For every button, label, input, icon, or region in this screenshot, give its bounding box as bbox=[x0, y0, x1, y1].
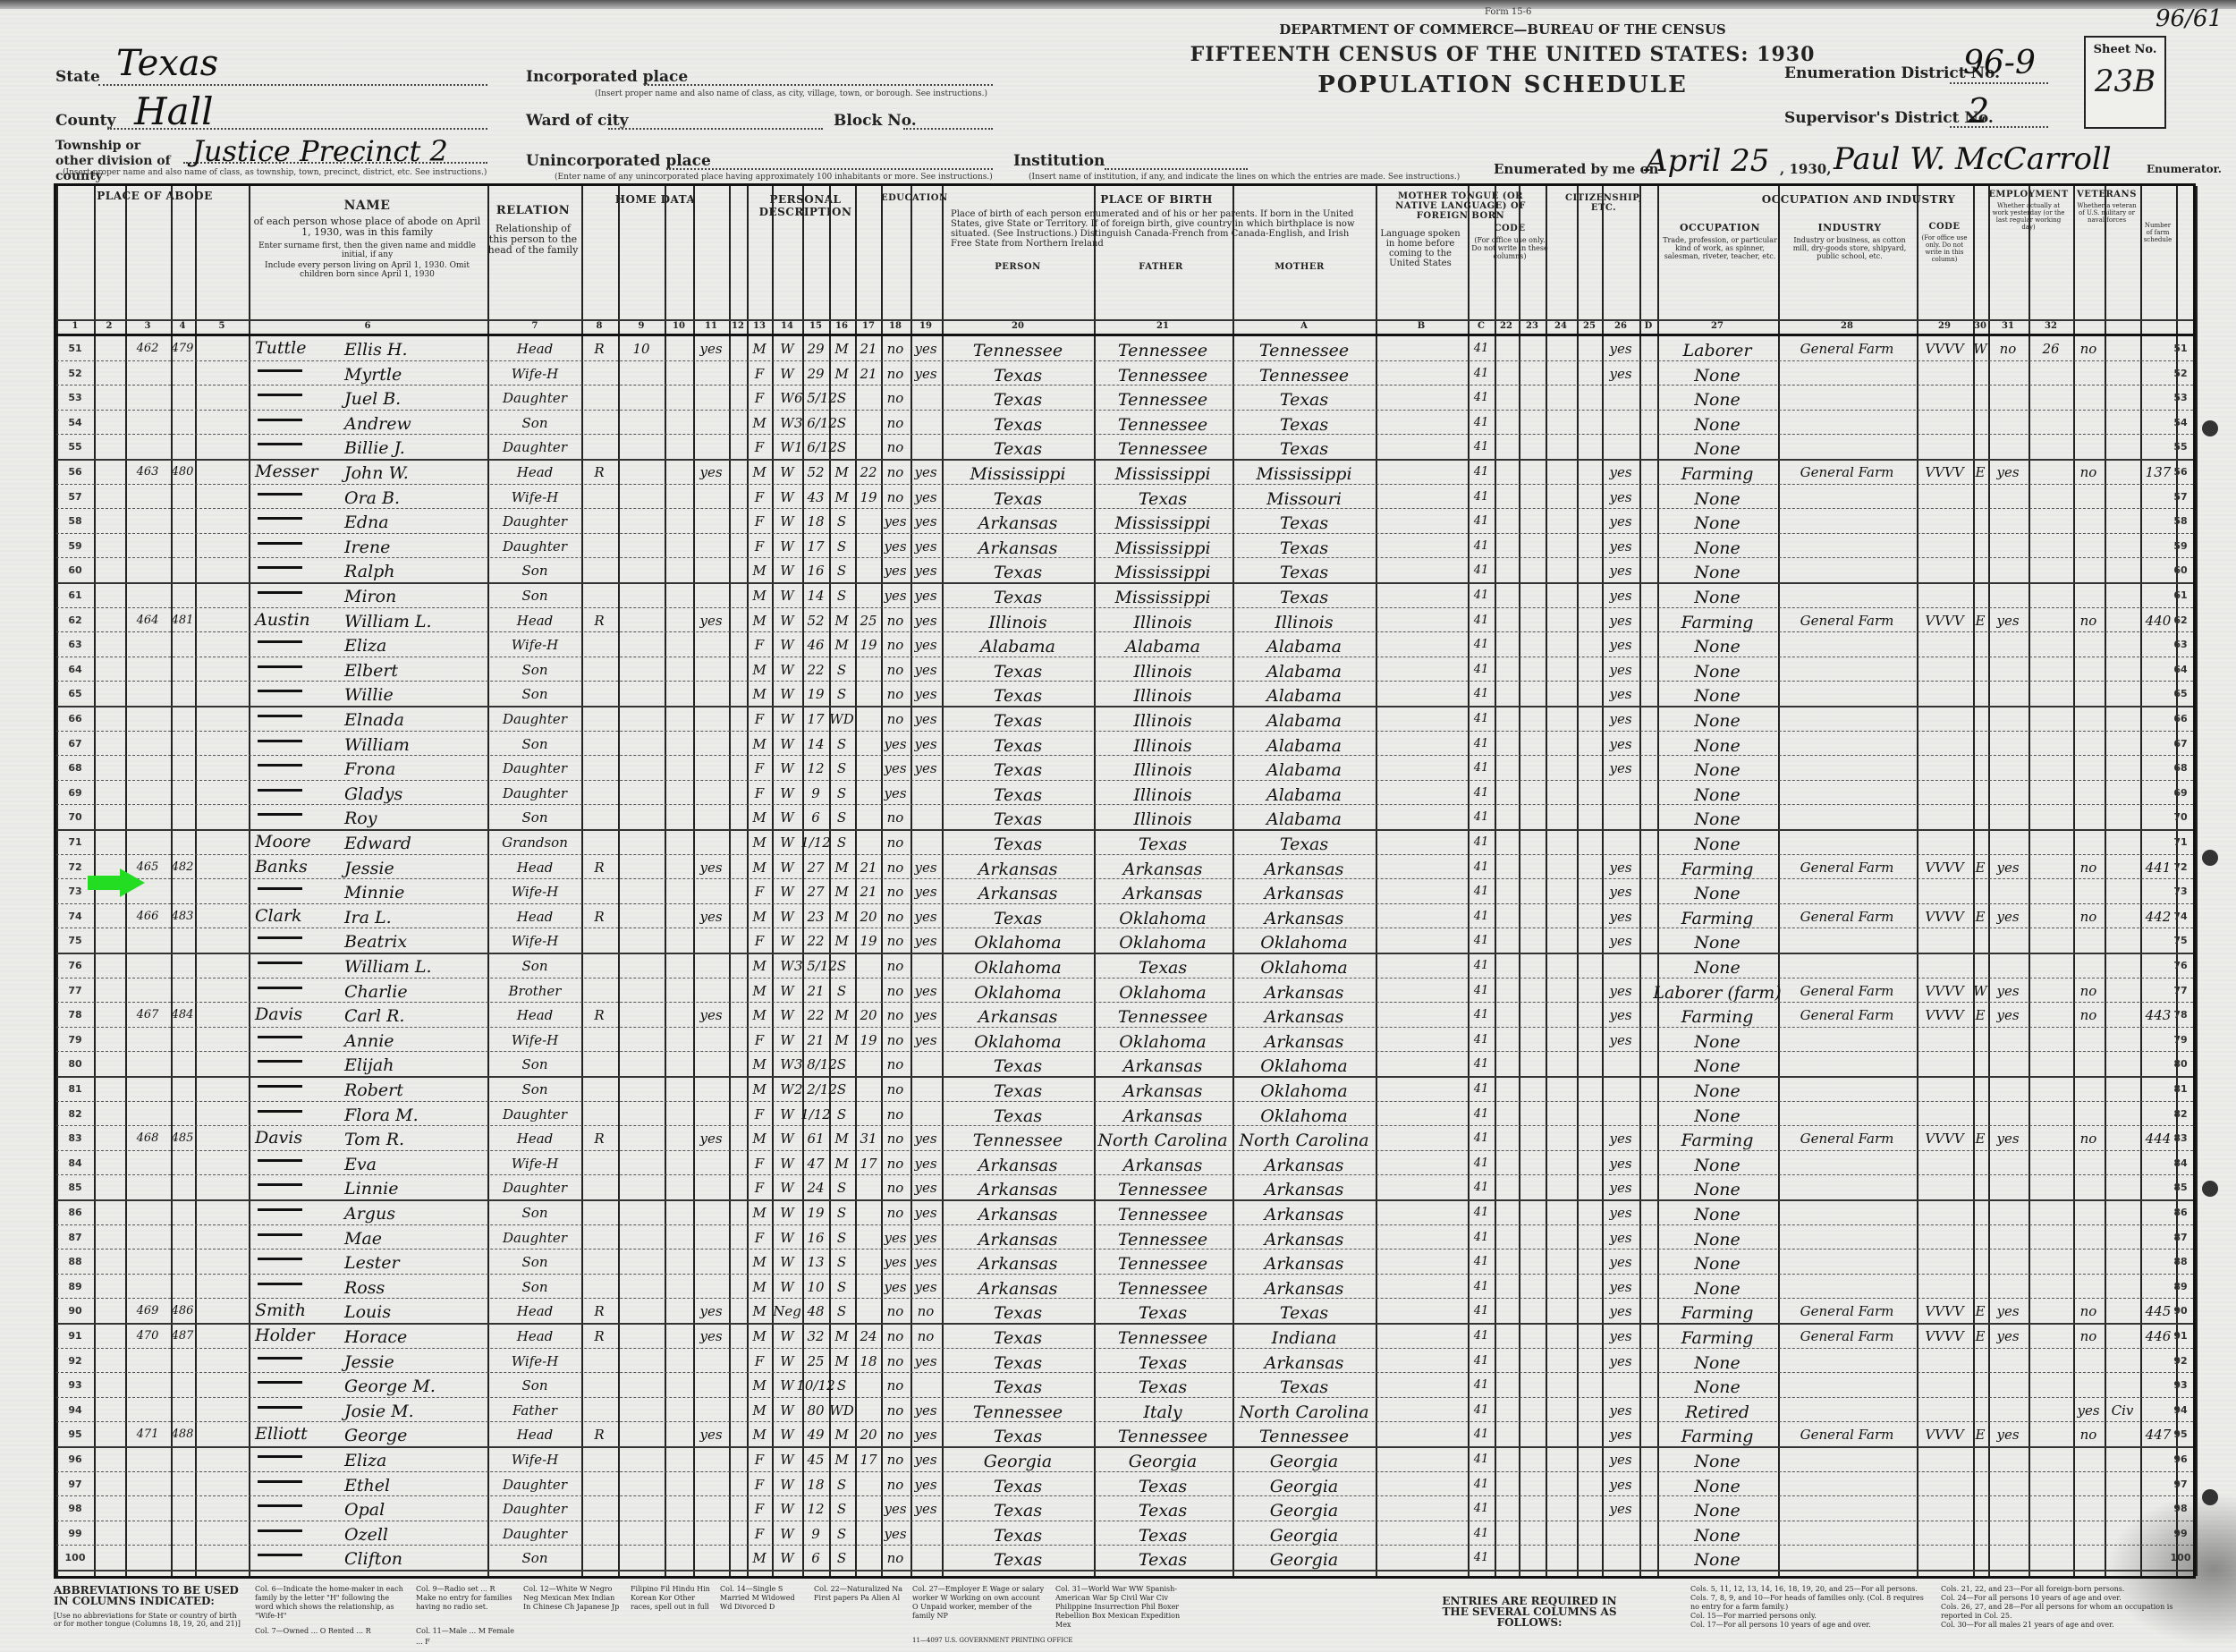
line-number: 99 bbox=[64, 1528, 87, 1539]
cell-mother-birth: Alabama bbox=[1266, 713, 1342, 730]
binding-hole-icon bbox=[2202, 1181, 2218, 1197]
cell-own: R bbox=[594, 614, 604, 628]
cell-age: 14 bbox=[807, 738, 824, 751]
cell-relation: Son bbox=[522, 1256, 548, 1269]
line-number: 70 bbox=[64, 811, 87, 823]
group-abode: PLACE OF ABODE bbox=[65, 190, 244, 202]
cell-age: 27 bbox=[807, 885, 824, 899]
cell-father-birth: Texas bbox=[1139, 960, 1187, 977]
cell-occupation: None bbox=[1694, 1207, 1741, 1224]
line-number: 91 bbox=[2169, 1330, 2192, 1342]
surname: Davis bbox=[255, 1006, 302, 1023]
cell-eng: yes bbox=[1609, 911, 1631, 924]
cell-age: 80 bbox=[807, 1404, 824, 1418]
ditto-dash bbox=[258, 813, 302, 816]
cell-father-birth: Oklahoma bbox=[1119, 985, 1207, 1002]
cell-marital: S bbox=[837, 1207, 846, 1220]
cell-mother-birth: Arkansas bbox=[1265, 1009, 1344, 1026]
cell-age: 9 bbox=[811, 787, 820, 801]
surname: Davis bbox=[255, 1130, 302, 1147]
cell-farm-no: 137 bbox=[2146, 466, 2172, 479]
cell-age: 16 bbox=[807, 564, 824, 578]
cell-sex: M bbox=[752, 1132, 766, 1146]
cell-code: 41 bbox=[1474, 836, 1489, 848]
cell-industry: General Farm bbox=[1800, 614, 1894, 628]
cell-sex: F bbox=[755, 885, 764, 899]
cell-relation: Wife-H bbox=[512, 1355, 559, 1368]
column-number: B bbox=[1410, 321, 1432, 331]
cell-marital: M bbox=[834, 1355, 848, 1368]
cell-relation: Wife-H bbox=[512, 368, 559, 381]
cell-birth: Texas bbox=[994, 911, 1042, 928]
cell-race: W bbox=[780, 1404, 793, 1418]
cell-race: W bbox=[780, 935, 793, 948]
column-number: 9 bbox=[631, 321, 652, 331]
cell-marital: S bbox=[837, 1478, 846, 1492]
cell-vet: no bbox=[2080, 911, 2097, 924]
given-name: Tom R. bbox=[344, 1131, 404, 1148]
form-number: Form 15-6 bbox=[1485, 7, 1531, 17]
cell-farm: yes bbox=[699, 614, 722, 628]
cell-marital: M bbox=[834, 935, 848, 948]
cell-birth: Tennessee bbox=[973, 1404, 1063, 1421]
ditto-dash bbox=[258, 591, 302, 594]
cell-code: 41 bbox=[1474, 1207, 1489, 1218]
given-name: Beatrix bbox=[344, 934, 407, 951]
cell-mother-birth: Oklahoma bbox=[1260, 935, 1348, 952]
enumerated-date: April 25 bbox=[1646, 143, 1769, 179]
cell-dwelling: 470 bbox=[137, 1330, 159, 1342]
cell-father-birth: Tennessee bbox=[1118, 1330, 1207, 1347]
line-number: 66 bbox=[64, 713, 87, 724]
cell-birth: Illinois bbox=[988, 614, 1046, 631]
line-number: 92 bbox=[64, 1355, 87, 1367]
surname: Smith bbox=[255, 1302, 306, 1319]
cell-relation: Daughter bbox=[503, 515, 567, 529]
cell-age: 17 bbox=[807, 713, 824, 726]
cell-relation: Son bbox=[522, 589, 548, 603]
cell-age: 23 bbox=[807, 911, 824, 924]
cell-code: 41 bbox=[1474, 1552, 1489, 1563]
cell-school: no bbox=[887, 1379, 904, 1393]
cell-industry: General Farm bbox=[1800, 985, 1894, 998]
given-name: Flora M. bbox=[344, 1107, 419, 1124]
cell-farm: yes bbox=[699, 466, 722, 479]
cell-code: 41 bbox=[1474, 885, 1489, 897]
cell-school: no bbox=[887, 639, 904, 652]
cell-father-birth: Tennessee bbox=[1118, 1281, 1207, 1298]
given-name: Horace bbox=[344, 1329, 407, 1346]
cell-read: yes bbox=[914, 688, 936, 701]
cell-marital: S bbox=[837, 985, 846, 998]
cell-relation: Brother bbox=[509, 985, 562, 998]
cell-mother-birth: Texas bbox=[1280, 392, 1328, 409]
cell-birth: Texas bbox=[994, 417, 1042, 434]
cell-vet: no bbox=[2080, 1330, 2097, 1343]
cell-race: W bbox=[780, 491, 793, 504]
cell-unemp: 26 bbox=[2042, 343, 2059, 356]
cell-age: 21 bbox=[807, 985, 824, 998]
cell-relation: Daughter bbox=[503, 787, 567, 801]
cell-read: yes bbox=[914, 911, 936, 924]
cell-occupation: None bbox=[1694, 1503, 1741, 1520]
cell-occupation: Farming bbox=[1681, 1132, 1754, 1149]
line-number: 57 bbox=[64, 491, 87, 503]
line-number: 73 bbox=[64, 885, 87, 897]
cell-work: yes bbox=[1996, 1330, 2019, 1343]
cell-birth: Arkansas bbox=[978, 1182, 1058, 1199]
cell-industry: General Farm bbox=[1800, 1132, 1894, 1146]
cell-family: 484 bbox=[172, 1009, 194, 1021]
given-name: Ethel bbox=[344, 1478, 390, 1495]
cell-marital: S bbox=[837, 762, 846, 775]
cell-race: W bbox=[780, 911, 793, 924]
cell-sex: M bbox=[752, 688, 766, 701]
cell-relation: Head bbox=[517, 911, 554, 924]
cell-read: yes bbox=[914, 515, 936, 529]
cell-relation: Son bbox=[522, 1552, 548, 1565]
cell-race: W bbox=[780, 688, 793, 701]
cell-father-birth: Alabama bbox=[1125, 639, 1200, 656]
cell-read: yes bbox=[914, 861, 936, 875]
cell-work: yes bbox=[1996, 1428, 2019, 1442]
cell-relation: Son bbox=[522, 664, 548, 677]
cell-relation: Wife-H bbox=[512, 1453, 559, 1467]
cell-code: 41 bbox=[1474, 1157, 1489, 1169]
cell-age-marr: 20 bbox=[860, 911, 877, 924]
cell-industry: General Farm bbox=[1800, 466, 1894, 479]
cell-dwelling: 463 bbox=[137, 466, 159, 478]
ditto-dash bbox=[258, 1554, 302, 1556]
column-number: A bbox=[1293, 321, 1315, 331]
cell-eng: yes bbox=[1609, 1428, 1631, 1442]
cell-father-birth: Mississippi bbox=[1114, 589, 1210, 606]
cell-birth: Oklahoma bbox=[974, 935, 1062, 952]
cell-relation: Head bbox=[517, 1428, 554, 1442]
cell-mother-birth: Arkansas bbox=[1265, 861, 1344, 878]
ditto-dash bbox=[258, 962, 302, 964]
cell-age: 14 bbox=[807, 589, 824, 603]
cell-father-birth: Arkansas bbox=[1123, 1108, 1203, 1125]
cell-sex: F bbox=[755, 762, 764, 775]
cell-father-birth: Oklahoma bbox=[1119, 911, 1207, 928]
cell-marital: M bbox=[834, 885, 848, 899]
scan-edge bbox=[0, 0, 2236, 9]
cell-occupation: Farming bbox=[1681, 861, 1754, 878]
cell-school: no bbox=[887, 491, 904, 504]
cell-marital: S bbox=[837, 787, 846, 801]
cell-marital: S bbox=[837, 664, 846, 677]
cell-occupation: Farming bbox=[1681, 1009, 1754, 1026]
cell-relation: Son bbox=[522, 811, 548, 825]
line-number: 54 bbox=[2169, 417, 2192, 428]
cell-read: yes bbox=[914, 1453, 936, 1467]
cell-occupation: Farming bbox=[1681, 1305, 1754, 1322]
cell-occupation: None bbox=[1694, 1034, 1741, 1051]
cell-relation: Son bbox=[522, 1281, 548, 1294]
line-number: 81 bbox=[2169, 1083, 2192, 1095]
cell-eng: yes bbox=[1609, 664, 1631, 677]
cell-occupation: None bbox=[1694, 564, 1741, 581]
given-name: Jessie bbox=[344, 1354, 394, 1371]
cell-age: 52 bbox=[807, 466, 824, 479]
column-number: 26 bbox=[1610, 321, 1631, 331]
cell-race: W bbox=[780, 1256, 793, 1269]
cell-school: no bbox=[887, 368, 904, 381]
cell-dwelling: 466 bbox=[137, 911, 159, 922]
cell-occupation: None bbox=[1694, 1453, 1741, 1470]
cell-relation: Daughter bbox=[503, 540, 567, 554]
cell-birth: Arkansas bbox=[978, 885, 1058, 902]
cell-occupation: None bbox=[1694, 417, 1741, 434]
cell-birth: Texas bbox=[994, 589, 1042, 606]
cell-marital: S bbox=[837, 836, 846, 850]
cell-occupation: None bbox=[1694, 885, 1741, 902]
cell-farm-no: 440 bbox=[2146, 614, 2172, 628]
cell-school: no bbox=[887, 861, 904, 875]
cell-birth: Arkansas bbox=[978, 861, 1058, 878]
cell-read: yes bbox=[914, 1281, 936, 1294]
cell-age: 27 bbox=[807, 861, 824, 875]
cell-eng: yes bbox=[1609, 1281, 1631, 1294]
cell-read: yes bbox=[914, 713, 936, 726]
cell-father-birth: Mississippi bbox=[1114, 564, 1210, 581]
cell-own: R bbox=[594, 1305, 604, 1318]
cell-birth: Texas bbox=[994, 1379, 1042, 1396]
cell-birth: Texas bbox=[994, 664, 1042, 681]
cell-ind-code: VVVV bbox=[1925, 1132, 1963, 1146]
cell-school: yes bbox=[884, 540, 906, 554]
cell-age: 1 6/12 bbox=[794, 441, 837, 454]
line-number: 56 bbox=[2169, 466, 2192, 478]
cell-eng: yes bbox=[1609, 1305, 1631, 1318]
cell-occupation: None bbox=[1694, 738, 1741, 755]
ditto-dash bbox=[258, 1283, 302, 1285]
cell-school: no bbox=[887, 836, 904, 850]
cell-age: 22 bbox=[807, 664, 824, 677]
cell-father-birth: Mississippi bbox=[1114, 466, 1210, 483]
cell-farm-no: 441 bbox=[2146, 861, 2172, 875]
line-number: 82 bbox=[64, 1108, 87, 1120]
cell-read: yes bbox=[914, 1428, 936, 1442]
cell-read: yes bbox=[914, 614, 936, 628]
line-number: 62 bbox=[2169, 614, 2192, 626]
line-number: 88 bbox=[2169, 1256, 2192, 1267]
line-number: 74 bbox=[64, 911, 87, 922]
cell-mother-birth: Tennessee bbox=[1259, 368, 1349, 385]
cell-ind-code: VVVV bbox=[1925, 1009, 1963, 1022]
cell-read: yes bbox=[914, 1182, 936, 1195]
cell-vet: yes bbox=[2077, 1404, 2099, 1418]
given-name: Ira L. bbox=[344, 910, 392, 927]
cell-read: yes bbox=[914, 1478, 936, 1492]
cell-relation: Son bbox=[522, 1207, 548, 1220]
cell-age-marr: 24 bbox=[860, 1330, 877, 1343]
cell-eng: yes bbox=[1609, 466, 1631, 479]
ditto-dash bbox=[258, 566, 302, 569]
cell-school: yes bbox=[884, 1256, 906, 1269]
line-number: 100 bbox=[64, 1552, 87, 1563]
cell-race: W bbox=[780, 811, 793, 825]
column-number: 23 bbox=[1521, 321, 1543, 331]
cell-father-birth: Texas bbox=[1139, 1528, 1187, 1545]
cell-dwelling: 467 bbox=[137, 1009, 159, 1021]
cell-relation: Head bbox=[517, 1330, 554, 1343]
ditto-dash bbox=[258, 1258, 302, 1260]
cell-age-marr: 31 bbox=[860, 1132, 877, 1146]
cell-birth: Arkansas bbox=[978, 1207, 1058, 1224]
cell-birth: Georgia bbox=[984, 1453, 1053, 1470]
cell-birth: Texas bbox=[994, 1330, 1042, 1347]
cell-school: no bbox=[887, 1182, 904, 1195]
cell-sex: F bbox=[755, 441, 764, 454]
cell-sex: M bbox=[752, 1305, 766, 1318]
cell-school: yes bbox=[884, 1232, 906, 1245]
cell-class: E bbox=[1976, 614, 1986, 628]
cell-race: W bbox=[780, 564, 793, 578]
cell-father-birth: Tennessee bbox=[1118, 1182, 1207, 1199]
cell-race: W bbox=[780, 1009, 793, 1022]
given-name: Mae bbox=[344, 1231, 382, 1248]
cell-eng: yes bbox=[1609, 564, 1631, 578]
column-number: 4 bbox=[172, 321, 193, 331]
cell-father-birth: Georgia bbox=[1129, 1453, 1198, 1470]
cell-birth: Tennessee bbox=[973, 1132, 1063, 1149]
line-number: 67 bbox=[2169, 738, 2192, 750]
cell-sex: M bbox=[752, 1058, 766, 1072]
line-number: 57 bbox=[2169, 491, 2192, 503]
given-name: Minnie bbox=[344, 885, 404, 902]
cell-class: E bbox=[1976, 466, 1986, 479]
line-number: 80 bbox=[2169, 1058, 2192, 1070]
cell-sex: M bbox=[752, 1207, 766, 1220]
cell-occupation: None bbox=[1694, 368, 1741, 385]
cell-age: 3 8/12 bbox=[794, 1058, 837, 1072]
cell-code: 41 bbox=[1474, 1428, 1489, 1440]
cell-occupation: Farming bbox=[1681, 1428, 1754, 1445]
cell-age-marr: 19 bbox=[860, 639, 877, 652]
cell-industry: General Farm bbox=[1800, 1305, 1894, 1318]
cell-birth: Mississippi bbox=[970, 466, 1065, 483]
cell-code: 41 bbox=[1474, 343, 1489, 354]
cell-farm-no: 442 bbox=[2146, 911, 2172, 924]
cell-marital: S bbox=[837, 589, 846, 603]
cell-code: 41 bbox=[1474, 762, 1489, 774]
line-number: 79 bbox=[64, 1034, 87, 1046]
cell-class: E bbox=[1976, 1132, 1986, 1146]
ditto-dash bbox=[258, 1504, 302, 1507]
cell-sex: F bbox=[755, 491, 764, 504]
group-veterans: VETERANS bbox=[2073, 190, 2140, 199]
column-number: C bbox=[1470, 321, 1492, 331]
ditto-dash bbox=[258, 690, 302, 692]
cell-marital: S bbox=[837, 441, 846, 454]
line-number: 61 bbox=[64, 589, 87, 601]
cell-farm-no: 447 bbox=[2146, 1428, 2172, 1442]
cell-race: W bbox=[780, 1132, 793, 1146]
given-name: Charlie bbox=[344, 984, 408, 1001]
cell-marital: S bbox=[837, 1379, 846, 1393]
cell-code: 41 bbox=[1474, 738, 1489, 750]
cell-code: 41 bbox=[1474, 713, 1489, 724]
cell-school: no bbox=[887, 960, 904, 973]
cell-mother-birth: Arkansas bbox=[1265, 911, 1344, 928]
given-name: Opal bbox=[344, 1502, 385, 1519]
given-name: Elijah bbox=[344, 1057, 394, 1074]
cell-sex: M bbox=[752, 417, 766, 430]
given-name: Willie bbox=[344, 687, 394, 704]
corner-stamp: 96/61 bbox=[2156, 5, 2223, 32]
cell-school: no bbox=[887, 688, 904, 701]
cell-farm: yes bbox=[699, 1009, 722, 1022]
cell-sex: F bbox=[755, 1182, 764, 1195]
cell-dwelling: 462 bbox=[137, 343, 159, 354]
cell-family: 487 bbox=[172, 1330, 194, 1342]
line-number: 84 bbox=[64, 1157, 87, 1169]
column-number: 6 bbox=[357, 321, 378, 331]
cell-age: 16 bbox=[807, 1232, 824, 1245]
line-number: 91 bbox=[64, 1330, 87, 1342]
cell-age: 21 bbox=[807, 1034, 824, 1047]
cell-read: no bbox=[918, 1330, 935, 1343]
cell-race: W bbox=[780, 1083, 793, 1097]
cell-read: yes bbox=[914, 368, 936, 381]
cell-relation: Head bbox=[517, 343, 554, 356]
column-number: 10 bbox=[668, 321, 690, 331]
cell-marital: M bbox=[834, 466, 848, 479]
cell-eng: yes bbox=[1609, 1503, 1631, 1516]
cell-father-birth: Tennessee bbox=[1118, 368, 1207, 385]
cell-eng: yes bbox=[1609, 540, 1631, 554]
cell-mother-birth: Georgia bbox=[1270, 1453, 1339, 1470]
surname: Banks bbox=[255, 859, 308, 876]
cell-race: W bbox=[780, 417, 793, 430]
cell-age: 49 bbox=[807, 1428, 824, 1442]
cell-marital: S bbox=[837, 392, 846, 405]
cell-read: yes bbox=[914, 1404, 936, 1418]
line-number: 86 bbox=[64, 1207, 87, 1218]
line-number: 72 bbox=[2169, 861, 2192, 873]
cell-age-marr: 20 bbox=[860, 1009, 877, 1022]
cell-marital: M bbox=[834, 1157, 848, 1171]
cell-vet: no bbox=[2080, 861, 2097, 875]
cell-school: no bbox=[887, 935, 904, 948]
given-name: Louis bbox=[344, 1304, 391, 1321]
cell-age: 19 bbox=[807, 688, 824, 701]
cell-age-marr: 25 bbox=[860, 614, 877, 628]
surname: Tuttle bbox=[255, 340, 307, 357]
line-number: 53 bbox=[2169, 392, 2192, 403]
cell-race: W bbox=[780, 713, 793, 726]
given-name: Carl R. bbox=[344, 1008, 404, 1025]
cell-own: R bbox=[594, 1132, 604, 1146]
ditto-dash bbox=[258, 1208, 302, 1211]
line-number: 76 bbox=[64, 960, 87, 971]
ditto-dash bbox=[258, 1085, 302, 1088]
cell-marital: S bbox=[837, 417, 846, 430]
cell-read: yes bbox=[914, 639, 936, 652]
cell-age: 2 2/12 bbox=[794, 1083, 837, 1097]
cell-mother-birth: Texas bbox=[1280, 589, 1328, 606]
cell-marital: M bbox=[834, 639, 848, 652]
line-number: 86 bbox=[2169, 1207, 2192, 1218]
cell-code: 41 bbox=[1474, 639, 1489, 650]
cell-farm-no: 446 bbox=[2146, 1330, 2172, 1343]
column-number: 7 bbox=[524, 321, 546, 331]
cell-race: W bbox=[780, 1478, 793, 1492]
cell-birth: Oklahoma bbox=[974, 985, 1062, 1002]
cell-marital: S bbox=[837, 1528, 846, 1541]
